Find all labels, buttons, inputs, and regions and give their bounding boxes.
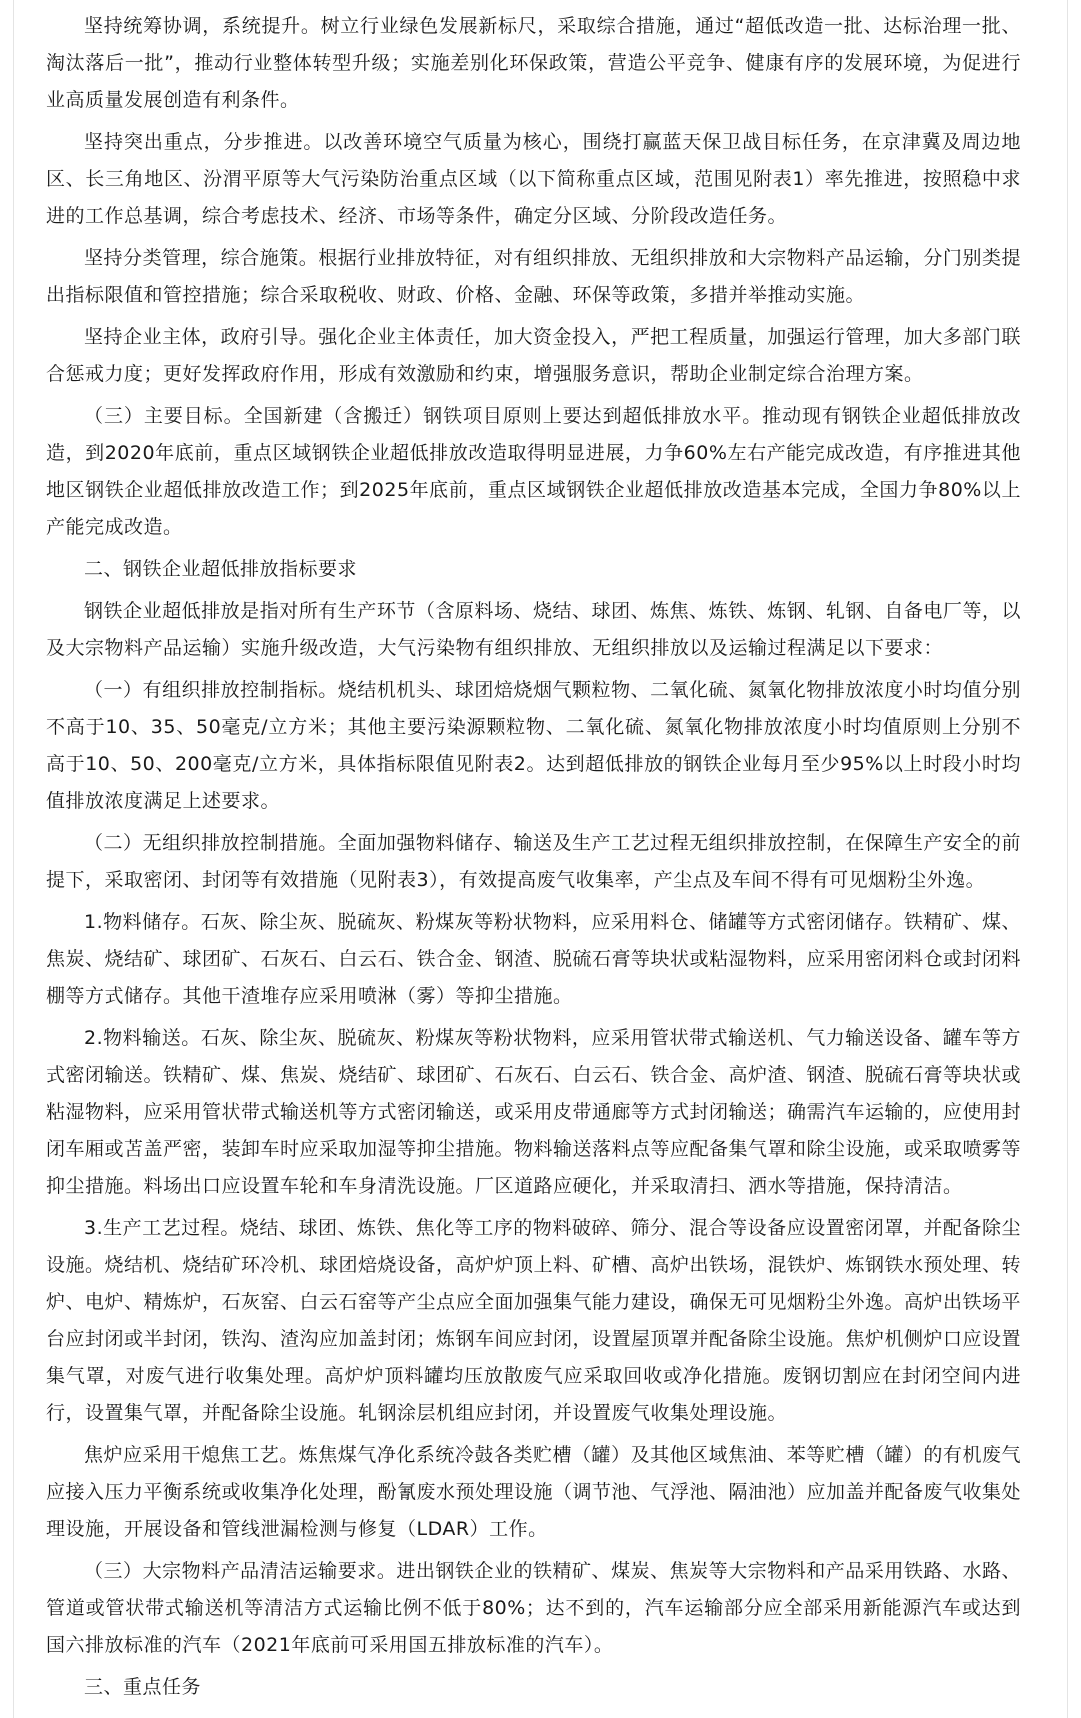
paragraph: 坚持企业主体，政府引导。强化企业主体责任，加大资金投入，严把工程质量，加强运行管… [46, 319, 1021, 393]
section-heading: 三、重点任务 [46, 1669, 1021, 1706]
paragraph: 2.物料输送。石灰、除尘灰、脱硫灰、粉煤灰等粉状物料，应采用管状带式输送机、气力… [46, 1020, 1021, 1205]
document-container: 坚持统筹协调，系统提升。树立行业绿色发展新标尺，采取综合措施，通过“超低改造一批… [13, 0, 1068, 1718]
paragraph: （一）有组织排放控制指标。烧结机机头、球团焙烧烟气颗粒物、二氧化硫、氮氧化物排放… [46, 672, 1021, 820]
paragraph: 坚持分类管理，综合施策。根据行业排放特征，对有组织排放、无组织排放和大宗物料产品… [46, 240, 1021, 314]
paragraph: 坚持突出重点，分步推进。以改善环境空气质量为核心，围绕打赢蓝天保卫战目标任务，在… [46, 124, 1021, 235]
paragraph: 焦炉应采用干熄焦工艺。炼焦煤气净化系统冷鼓各类贮槽（罐）及其他区域焦油、苯等贮槽… [46, 1437, 1021, 1548]
document-body: 坚持统筹协调，系统提升。树立行业绿色发展新标尺，采取综合措施，通过“超低改造一批… [46, 8, 1021, 1706]
page: 坚持统筹协调，系统提升。树立行业绿色发展新标尺，采取综合措施，通过“超低改造一批… [0, 0, 1081, 1718]
paragraph: （三）主要目标。全国新建（含搬迁）钢铁项目原则上要达到超低排放水平。推动现有钢铁… [46, 398, 1021, 546]
paragraph: （三）大宗物料产品清洁运输要求。进出钢铁企业的铁精矿、煤炭、焦炭等大宗物料和产品… [46, 1553, 1021, 1664]
paragraph: 钢铁企业超低排放是指对所有生产环节（含原料场、烧结、球团、炼焦、炼铁、炼钢、轧钢… [46, 593, 1021, 667]
paragraph: 3.生产工艺过程。烧结、球团、炼铁、焦化等工序的物料破碎、筛分、混合等设备应设置… [46, 1210, 1021, 1432]
section-heading: 二、钢铁企业超低排放指标要求 [46, 551, 1021, 588]
paragraph: （二）无组织排放控制措施。全面加强物料储存、输送及生产工艺过程无组织排放控制，在… [46, 825, 1021, 899]
paragraph: 坚持统筹协调，系统提升。树立行业绿色发展新标尺，采取综合措施，通过“超低改造一批… [46, 8, 1021, 119]
paragraph: 1.物料储存。石灰、除尘灰、脱硫灰、粉煤灰等粉状物料，应采用料仓、储罐等方式密闭… [46, 904, 1021, 1015]
